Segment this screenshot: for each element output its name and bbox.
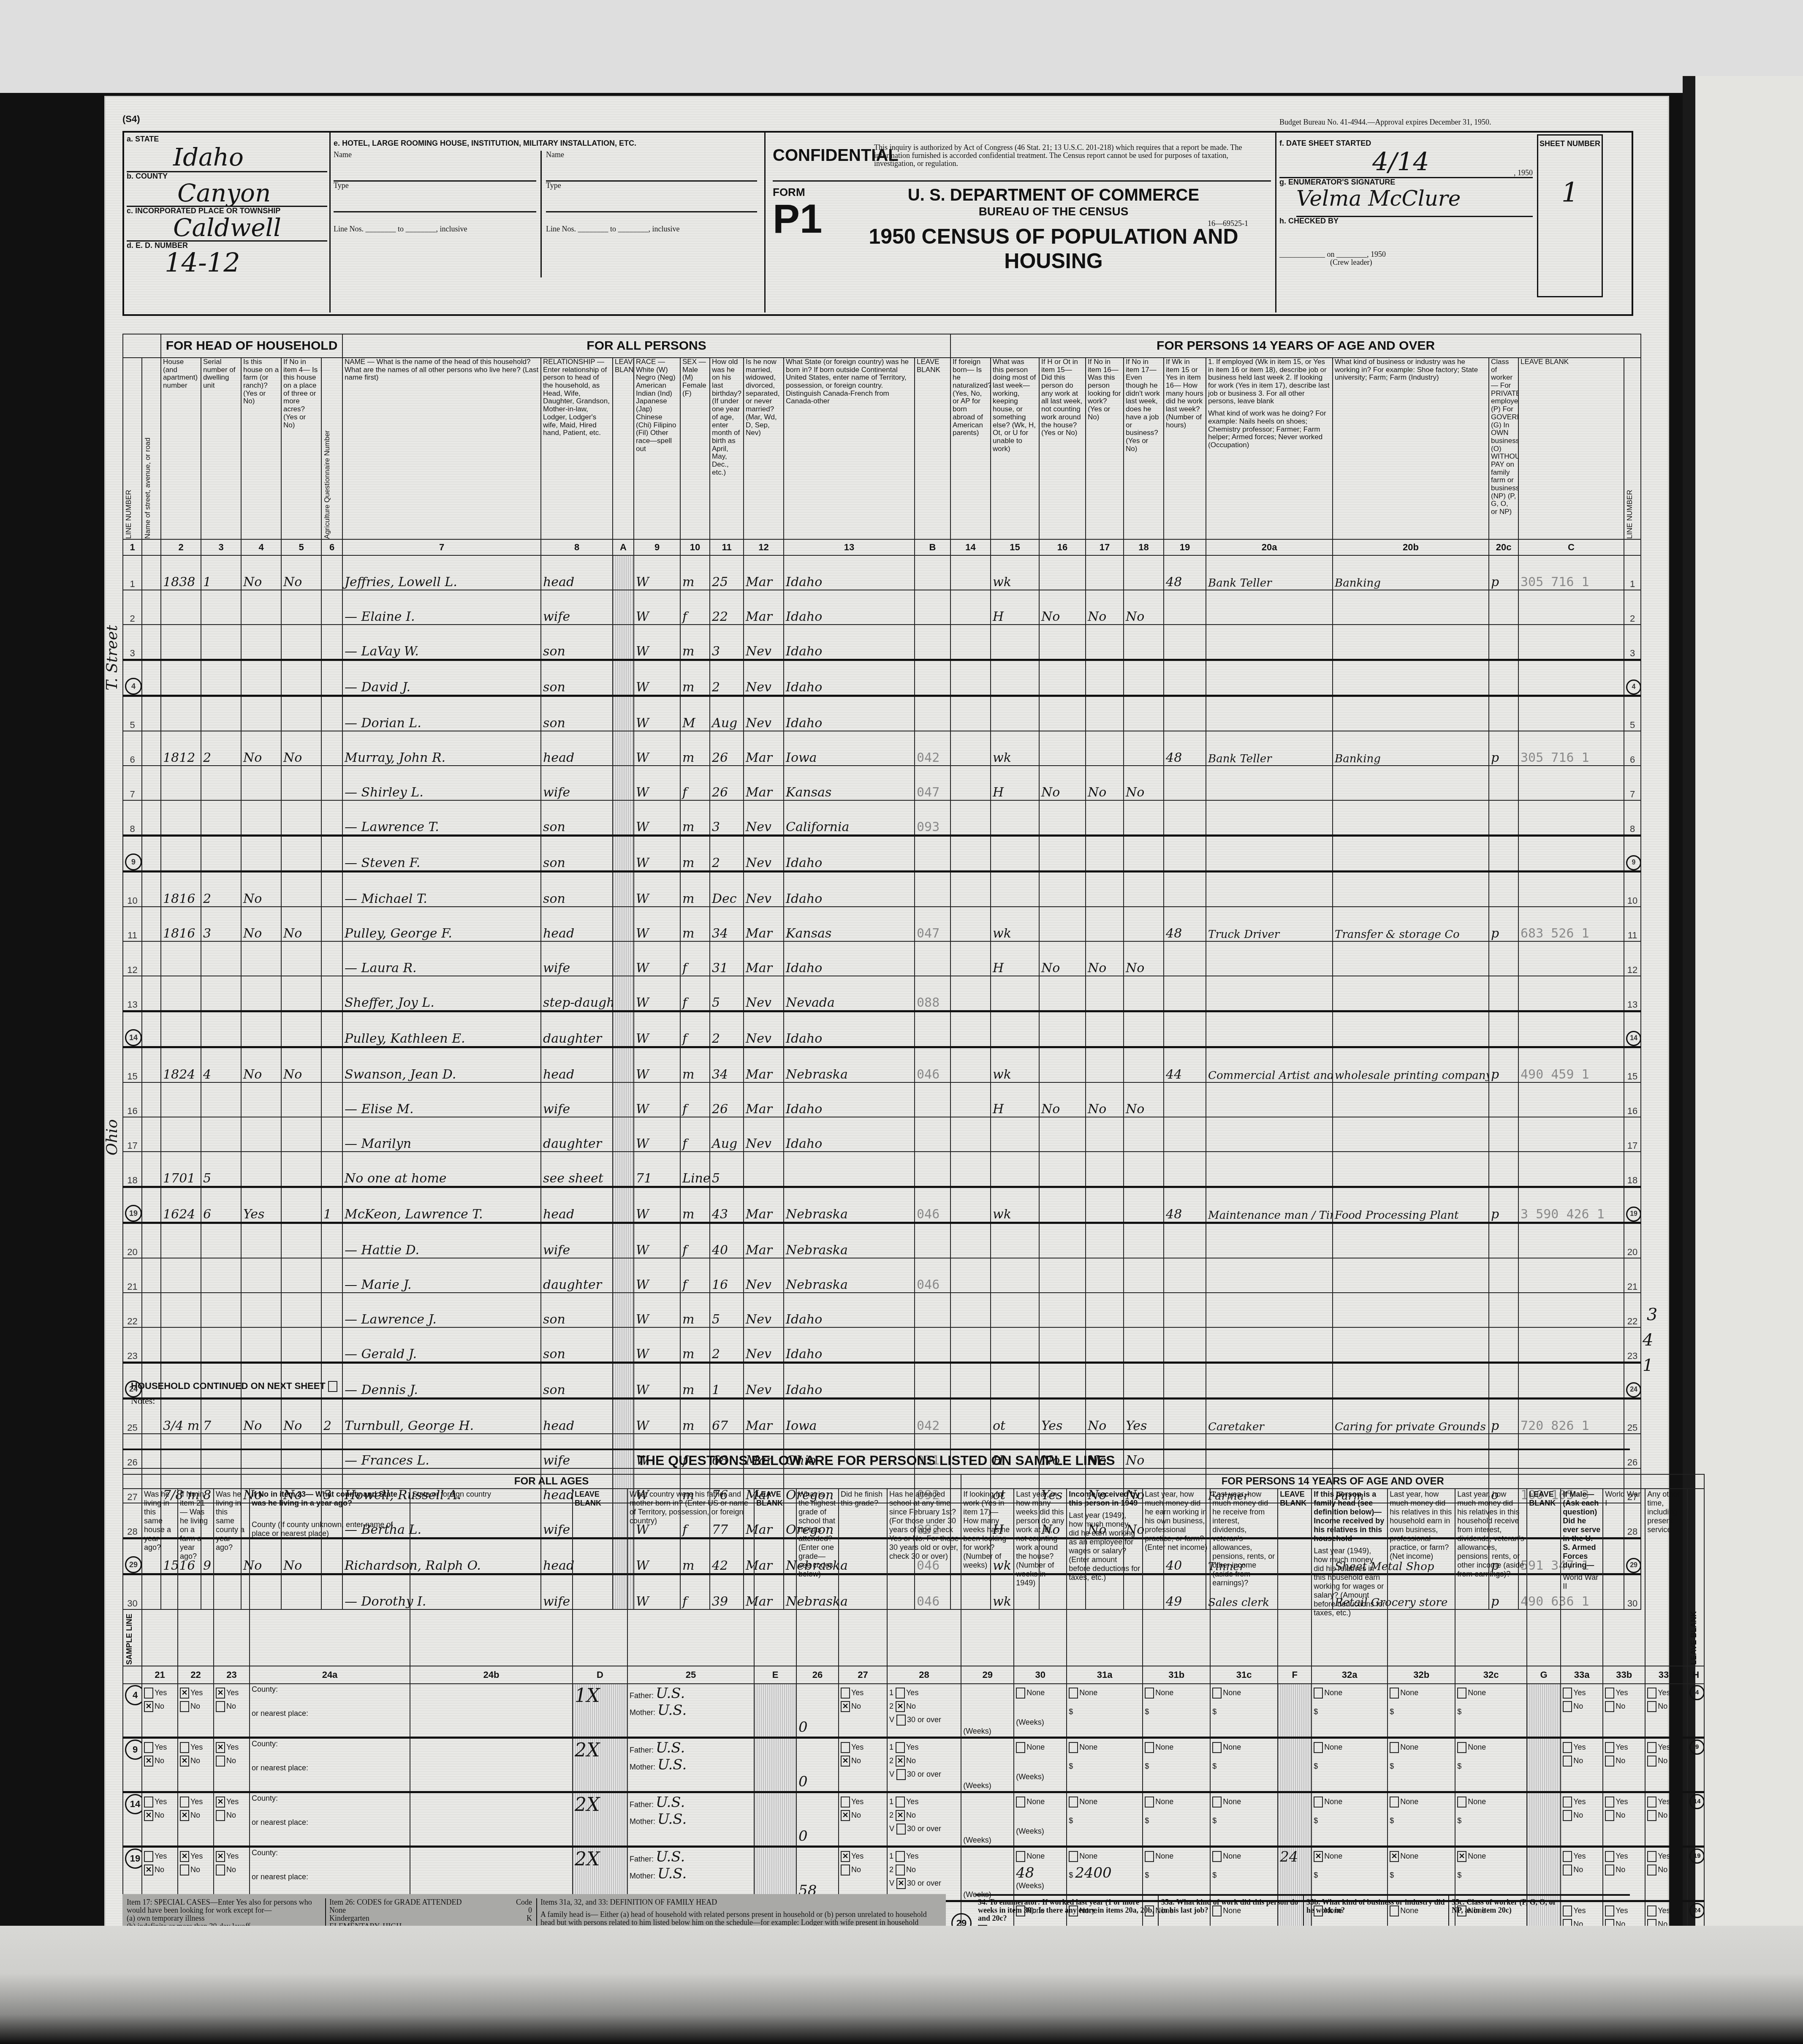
q28-no-checkbox[interactable]	[896, 1865, 905, 1875]
birthplace: Kansas	[784, 907, 915, 941]
has-job	[1124, 660, 1164, 696]
leave-blank-b	[915, 1117, 950, 1152]
has-job	[1124, 1293, 1164, 1327]
leave-blank-g	[1527, 1738, 1561, 1792]
activity	[991, 1258, 1039, 1293]
q28-no-checkbox[interactable]: ✕	[896, 1701, 905, 1712]
occupation	[1206, 1152, 1333, 1187]
line-number: 14	[123, 1011, 142, 1047]
leave-blank-b	[915, 1082, 950, 1117]
w32a-none-checkbox[interactable]: ✕	[1314, 1851, 1323, 1862]
sheet-number-box: SHEET NUMBER 1	[1537, 134, 1603, 297]
hours-worked	[1164, 800, 1206, 836]
person-name: Murray, John R.	[342, 731, 541, 766]
sex: m	[680, 1327, 710, 1363]
q23-yes-checkbox[interactable]: ✕	[216, 1851, 225, 1862]
acres	[281, 836, 321, 872]
q21-no-checkbox[interactable]: ✕	[144, 1701, 153, 1712]
q23-no-checkbox[interactable]	[216, 1810, 225, 1821]
institution-type-label: Type	[334, 182, 536, 212]
q33c-no-checkbox[interactable]	[1647, 1810, 1656, 1821]
farm	[241, 1223, 281, 1258]
q27-yes-checkbox[interactable]	[841, 1688, 850, 1699]
line-number-right: 5	[1624, 696, 1641, 731]
agri-questionnaire	[321, 731, 342, 766]
looking-for-work	[1086, 1187, 1124, 1223]
institution-name-label-2: Name	[546, 151, 757, 182]
activity: wk	[991, 907, 1039, 941]
activity: wk	[991, 555, 1039, 590]
q23-no-checkbox[interactable]	[216, 1865, 225, 1875]
naturalized	[950, 625, 991, 660]
leave-blank-c	[1518, 1327, 1624, 1363]
street-cell	[142, 907, 161, 941]
q33b-yes-checkbox[interactable]	[1605, 1797, 1614, 1808]
relationship: head	[541, 907, 613, 941]
hours-worked	[1164, 1223, 1206, 1258]
race: W	[634, 1223, 680, 1258]
col-header-activity: What was this person doing most of last …	[991, 358, 1039, 539]
naturalized	[950, 1117, 991, 1152]
line-number-right: 20	[1624, 1223, 1641, 1258]
naturalized	[950, 1223, 991, 1258]
q28-yes-checkbox[interactable]	[896, 1797, 905, 1808]
q33b-no-checkbox[interactable]	[1605, 1810, 1614, 1821]
hours-worked: 44	[1164, 1047, 1206, 1083]
looking-for-work: No	[1086, 1082, 1124, 1117]
serial-number	[201, 1223, 241, 1258]
class-of-worker	[1489, 941, 1518, 976]
has-job	[1124, 872, 1164, 907]
leave-blank-a	[613, 1363, 634, 1399]
q23-yes-checkbox[interactable]: ✕	[216, 1742, 225, 1753]
ask-questions-badge: 14	[1626, 1031, 1641, 1046]
house-number	[161, 800, 201, 836]
q28-no-checkbox[interactable]: ✕	[896, 1810, 905, 1821]
leave-blank-a	[613, 941, 634, 976]
sample-line-badge: 14	[123, 1792, 142, 1847]
q22-yes-checkbox[interactable]: ✕	[180, 1688, 189, 1699]
q33c-no-checkbox[interactable]	[1647, 1756, 1656, 1767]
continued-checkbox[interactable]	[328, 1381, 337, 1392]
w31a-none-checkbox[interactable]	[1069, 1688, 1078, 1699]
checked-label: h. CHECKED BY	[1279, 217, 1533, 225]
person-name: — Dennis J.	[342, 1363, 541, 1399]
table-row: 9— Steven F.sonWm2NevIdaho9	[123, 836, 1641, 872]
q28-30-checkbox[interactable]	[896, 1824, 906, 1835]
birthplace: Idaho	[784, 590, 915, 625]
sex: m	[680, 1363, 710, 1399]
hours-worked: 48	[1164, 1187, 1206, 1223]
q22-no-checkbox[interactable]	[180, 1865, 189, 1875]
acres: No	[281, 1399, 321, 1434]
q31b-income: None$	[1143, 1738, 1210, 1792]
activity: H	[991, 1082, 1039, 1117]
w32a-none-checkbox[interactable]	[1314, 1797, 1323, 1808]
street-cell	[142, 731, 161, 766]
table-row: 16— Elise M.wifeWf26MarIdahoHNoNoNo16	[123, 1082, 1641, 1117]
col-header-q33a: If Male— (Ask each question) Did he ever…	[1561, 1489, 1603, 1666]
q25-parents-birthplace: Father: U.S.Mother: U.S.	[627, 1792, 754, 1847]
house-number	[161, 1223, 201, 1258]
race: W	[634, 907, 680, 941]
agri-questionnaire	[321, 1152, 342, 1187]
form-title: 1950 CENSUS OF POPULATION AND HOUSING	[836, 224, 1271, 273]
q33b-no-checkbox[interactable]	[1605, 1865, 1614, 1875]
w31c-none-checkbox[interactable]	[1212, 1851, 1222, 1862]
w32a-none-checkbox[interactable]	[1314, 1688, 1323, 1699]
looking-for-work	[1086, 1223, 1124, 1258]
has-job	[1124, 1117, 1164, 1152]
signature-label: g. ENUMERATOR'S SIGNATURE	[1279, 178, 1533, 186]
line-number: 4	[123, 660, 142, 696]
industry: Banking	[1333, 731, 1489, 766]
age: 3	[710, 625, 744, 660]
q23-yes-checkbox[interactable]: ✕	[216, 1688, 225, 1699]
w31c-none-checkbox[interactable]	[1212, 1797, 1222, 1808]
relationship: son	[541, 836, 613, 872]
sample-line-badge-right: 9	[1687, 1738, 1704, 1792]
table-row: 22— Lawrence J.sonWm5NevIdaho22	[123, 1293, 1641, 1327]
q28-30-checkbox[interactable]	[896, 1715, 906, 1726]
q33a-no-checkbox[interactable]	[1563, 1701, 1572, 1712]
q33a-yes-checkbox[interactable]	[1563, 1797, 1572, 1808]
q30-none-checkbox[interactable]	[1016, 1797, 1025, 1808]
sex: m	[680, 1293, 710, 1327]
leave-blank-c	[1518, 1011, 1624, 1047]
industry	[1333, 696, 1489, 731]
agri-questionnaire	[321, 766, 342, 800]
looking-for-work	[1086, 1363, 1124, 1399]
race: W	[634, 1082, 680, 1117]
hours-worked	[1164, 1258, 1206, 1293]
agri-questionnaire	[321, 1082, 342, 1117]
serial-number	[201, 766, 241, 800]
q33c-other-service: YesNo	[1645, 1738, 1687, 1792]
relationship: wife	[541, 941, 613, 976]
col-header-marital: Is he now married, widowed, divorced, se…	[744, 358, 784, 539]
q28-school: 1 Yes2 NoV ✕30 or over	[887, 1847, 961, 1901]
q22: Yes✕No	[178, 1738, 214, 1792]
q33a-no-checkbox[interactable]	[1563, 1865, 1572, 1875]
q33c-yes-checkbox[interactable]	[1647, 1851, 1656, 1862]
marital-status: Nev	[744, 836, 784, 872]
q33b-yes-checkbox[interactable]	[1605, 1742, 1614, 1753]
relationship: son	[541, 1327, 613, 1363]
class-of-worker: p	[1489, 731, 1518, 766]
sex: f	[680, 1011, 710, 1047]
acres	[281, 625, 321, 660]
leave-blank-a	[613, 1327, 634, 1363]
q27-no-checkbox[interactable]: ✕	[841, 1810, 850, 1821]
q21-yes-checkbox[interactable]	[144, 1742, 153, 1753]
house-number: 1838	[161, 555, 201, 590]
w32b-none-checkbox[interactable]: ✕	[1390, 1851, 1399, 1862]
street-cell	[142, 800, 161, 836]
col-header-acres: If No in item 4— Is this house on a plac…	[281, 358, 321, 539]
street-cell	[142, 1223, 161, 1258]
q28-yes-checkbox[interactable]	[896, 1851, 905, 1862]
q33c-yes-checkbox[interactable]	[1647, 1688, 1656, 1699]
serial-number	[201, 976, 241, 1011]
q21-no-checkbox[interactable]: ✕	[144, 1756, 153, 1767]
q33c-yes-checkbox[interactable]	[1647, 1742, 1656, 1753]
q30-none-checkbox[interactable]	[1016, 1851, 1025, 1862]
q21-no-checkbox[interactable]: ✕	[144, 1810, 153, 1821]
birthplace: Idaho	[784, 1011, 915, 1047]
w32b-none-checkbox[interactable]	[1390, 1742, 1399, 1753]
leave-blank-b	[915, 1327, 950, 1363]
any-work: No	[1039, 766, 1086, 800]
q33a-no-checkbox[interactable]	[1563, 1810, 1572, 1821]
street-cell	[142, 1293, 161, 1327]
hours-worked	[1164, 1152, 1206, 1187]
q33c-no-checkbox[interactable]	[1647, 1865, 1656, 1875]
industry	[1333, 1011, 1489, 1047]
q32a-relatives-income: None$	[1312, 1684, 1388, 1738]
activity	[991, 800, 1039, 836]
w31a-none-checkbox[interactable]	[1069, 1851, 1078, 1862]
naturalized	[950, 696, 991, 731]
q27-finished: ✕YesNo	[839, 1847, 887, 1901]
house-number	[161, 1327, 201, 1363]
hours-worked	[1164, 1293, 1206, 1327]
marital-status: Nev	[744, 976, 784, 1011]
line-number: 22	[123, 1293, 142, 1327]
street-cell	[142, 1117, 161, 1152]
line-number: 15	[123, 1047, 142, 1083]
farm	[241, 1082, 281, 1117]
w32b-none-checkbox[interactable]	[1390, 1797, 1399, 1808]
q22-no-checkbox[interactable]: ✕	[180, 1810, 189, 1821]
q21-yes-checkbox[interactable]	[144, 1851, 153, 1862]
q27-yes-checkbox[interactable]	[841, 1797, 850, 1808]
q30-none-checkbox[interactable]	[1016, 1688, 1025, 1699]
col-header-q29: If looking for work (Yes in item 17)— Ho…	[961, 1489, 1014, 1666]
farm	[241, 625, 281, 660]
sex: f	[680, 976, 710, 1011]
looking-for-work	[1086, 696, 1124, 731]
relationship: wife	[541, 1223, 613, 1258]
col-header-q27: Did he finish this grade?	[839, 1489, 887, 1666]
col-header-industry: What kind of business or industry was he…	[1333, 358, 1489, 539]
col-header-class: Class of worker — For PRIVATE employer (…	[1489, 358, 1518, 539]
marital-status: Nev	[744, 1363, 784, 1399]
house-number	[161, 625, 201, 660]
table-row: 21— Marie J.daughterWf16NevNebraska04621	[123, 1258, 1641, 1293]
col-header-line-number-right: LINE NUMBER	[1624, 358, 1641, 539]
w32c-none-checkbox[interactable]	[1457, 1742, 1466, 1753]
q24b-state	[410, 1847, 573, 1901]
q22-no-checkbox[interactable]: ✕	[180, 1756, 189, 1767]
leave-blank-b: 042	[915, 1399, 950, 1434]
agri-questionnaire	[321, 1011, 342, 1047]
q23-yes-checkbox[interactable]: ✕	[216, 1797, 225, 1808]
q26-grade: 0	[796, 1792, 839, 1847]
birthplace: Kansas	[784, 766, 915, 800]
q28-no-checkbox[interactable]: ✕	[896, 1756, 905, 1767]
occupation	[1206, 1293, 1333, 1327]
race: W	[634, 625, 680, 660]
q33a-no-checkbox[interactable]	[1563, 1756, 1572, 1767]
q33c-yes-checkbox[interactable]	[1647, 1797, 1656, 1808]
w31b-none-checkbox[interactable]	[1145, 1688, 1154, 1699]
q31a-income: None$ 2400	[1067, 1847, 1143, 1901]
q27-no-checkbox[interactable]: ✕	[841, 1756, 850, 1767]
has-job	[1124, 1011, 1164, 1047]
w32c-none-checkbox[interactable]	[1457, 1797, 1466, 1808]
q28-30-checkbox[interactable]: ✕	[896, 1878, 906, 1889]
birthplace: Nebraska	[784, 1047, 915, 1083]
q31b-income: None$	[1143, 1847, 1210, 1901]
q21-no-checkbox[interactable]: ✕	[144, 1865, 153, 1875]
street-cell	[142, 555, 161, 590]
any-work: No	[1039, 941, 1086, 976]
birthplace: California	[784, 800, 915, 836]
occupation: Truck Driver	[1206, 907, 1333, 941]
q22-yes-checkbox[interactable]	[180, 1797, 189, 1808]
q27-no-checkbox[interactable]	[841, 1865, 850, 1875]
q28-yes-checkbox[interactable]	[896, 1742, 905, 1753]
q33a-yes-checkbox[interactable]	[1563, 1688, 1572, 1699]
line-number-right: 11	[1624, 907, 1641, 941]
any-work	[1039, 555, 1086, 590]
activity	[991, 660, 1039, 696]
leave-blank-c	[1518, 660, 1624, 696]
w31c-none-checkbox[interactable]	[1212, 1742, 1222, 1753]
q23-no-checkbox[interactable]	[216, 1756, 225, 1767]
relationship: head	[541, 731, 613, 766]
activity: wk	[991, 731, 1039, 766]
leave-blank-a	[613, 660, 634, 696]
w31a-none-checkbox[interactable]	[1069, 1742, 1078, 1753]
looking-for-work	[1086, 872, 1124, 907]
q21-yes-checkbox[interactable]	[144, 1797, 153, 1808]
class-of-worker	[1489, 625, 1518, 660]
w31b-none-checkbox[interactable]	[1145, 1742, 1154, 1753]
activity: H	[991, 941, 1039, 976]
col-header-q24b: State or foreign country	[410, 1489, 573, 1666]
q22-yes-checkbox[interactable]: ✕	[180, 1851, 189, 1862]
age: 2	[710, 836, 744, 872]
q33a-yes-checkbox[interactable]	[1563, 1742, 1572, 1753]
q27-no-checkbox[interactable]: ✕	[841, 1701, 850, 1712]
q31b-income: None$	[1143, 1684, 1210, 1738]
farm: No	[241, 555, 281, 590]
population-schedule: FOR HEAD OF HOUSEHOLD FOR ALL PERSONS FO…	[122, 334, 1641, 1610]
w32c-none-checkbox[interactable]	[1457, 1688, 1466, 1699]
class-of-worker	[1489, 660, 1518, 696]
leave-blank-c	[1518, 836, 1624, 872]
naturalized	[950, 1258, 991, 1293]
industry: Banking	[1333, 555, 1489, 590]
q25-parents-birthplace: Father: U.S.Mother: U.S.	[627, 1738, 754, 1792]
confidential-text: This inquiry is authorized by Act of Con…	[874, 144, 1254, 168]
acres: No	[281, 1047, 321, 1083]
section-all-ages: FOR ALL AGES	[142, 1474, 961, 1489]
q33a-yes-checkbox[interactable]	[1563, 1851, 1572, 1862]
column-numbers: 12345678A910111213B14151617181920a20b20c…	[123, 539, 1641, 555]
house-number: 3/4 m on L.	[161, 1399, 201, 1434]
col-header-q23: Was he living in this same county a year…	[214, 1489, 250, 1666]
has-job	[1124, 800, 1164, 836]
leave-blank-a	[613, 1399, 634, 1434]
leave-blank-a	[613, 590, 634, 625]
w31c-none-checkbox[interactable]	[1212, 1688, 1222, 1699]
age: 5	[710, 1293, 744, 1327]
q23-no-checkbox[interactable]	[216, 1701, 225, 1712]
age: Dec	[710, 872, 744, 907]
q33b-yes-checkbox[interactable]	[1605, 1688, 1614, 1699]
birthplace: Iowa	[784, 1399, 915, 1434]
leave-blank-c	[1518, 590, 1624, 625]
q22-yes-checkbox[interactable]	[180, 1742, 189, 1753]
marital-status: Mar	[744, 1047, 784, 1083]
q31a-income: None$	[1067, 1738, 1143, 1792]
street-cell	[142, 1011, 161, 1047]
race: W	[634, 800, 680, 836]
q27-yes-checkbox[interactable]	[841, 1742, 850, 1753]
house-number	[161, 976, 201, 1011]
q30-none-checkbox[interactable]	[1016, 1742, 1025, 1753]
person-name: No one at home	[342, 1152, 541, 1187]
institution-type-label-2: Type	[546, 182, 757, 212]
farm: No	[241, 1399, 281, 1434]
age: 34	[710, 1047, 744, 1083]
w32c-none-checkbox[interactable]: ✕	[1457, 1851, 1466, 1862]
q28-30-checkbox[interactable]	[896, 1769, 906, 1780]
ask-questions-badge: 9	[1626, 855, 1641, 870]
w32a-none-checkbox[interactable]	[1314, 1742, 1323, 1753]
state-value: Idaho	[173, 143, 327, 171]
birthplace: Nebraska	[784, 1223, 915, 1258]
acres	[281, 696, 321, 731]
q33c-yes-checkbox[interactable]	[1647, 1905, 1656, 1916]
q28-school: 1 Yes2 ✕NoV 30 or over	[887, 1684, 961, 1738]
street-cell	[142, 1047, 161, 1083]
leave-blank-a	[613, 1047, 634, 1083]
q28-yes-checkbox[interactable]	[896, 1688, 905, 1699]
q33c-no-checkbox[interactable]	[1647, 1701, 1656, 1712]
has-job	[1124, 1152, 1164, 1187]
col-header-q28: Has he attended school at any time since…	[887, 1489, 961, 1666]
q22-no-checkbox[interactable]	[180, 1701, 189, 1712]
q33b-no-checkbox[interactable]	[1605, 1756, 1614, 1767]
agri-questionnaire	[321, 625, 342, 660]
institution-block: e. HOTEL, LARGE ROOMING HOUSE, INSTITUTI…	[334, 139, 760, 277]
q28-school: 1 Yes2 ✕NoV 30 or over	[887, 1738, 961, 1792]
q33b-no-checkbox[interactable]	[1605, 1701, 1614, 1712]
enumerator-signature: Velma McClure	[1296, 186, 1533, 217]
date-value: 4/14	[1372, 147, 1429, 177]
q33b-yes-checkbox[interactable]	[1605, 1851, 1614, 1862]
hours-worked	[1164, 976, 1206, 1011]
line-number-right: 3	[1624, 625, 1641, 660]
q27-yes-checkbox[interactable]: ✕	[841, 1851, 850, 1862]
leave-blank-b: 042	[915, 731, 950, 766]
q21-yes-checkbox[interactable]	[144, 1688, 153, 1699]
w31a-none-checkbox[interactable]	[1069, 1797, 1078, 1808]
occupation	[1206, 941, 1333, 976]
w32b-none-checkbox[interactable]	[1390, 1688, 1399, 1699]
w31b-none-checkbox[interactable]	[1145, 1851, 1154, 1862]
any-work	[1039, 1117, 1086, 1152]
industry	[1333, 590, 1489, 625]
w31b-none-checkbox[interactable]	[1145, 1797, 1154, 1808]
table-row: 24— Dennis J.sonWm1NevIdaho24	[123, 1363, 1641, 1399]
occupation	[1206, 1363, 1333, 1399]
person-name: — Steven F.	[342, 836, 541, 872]
